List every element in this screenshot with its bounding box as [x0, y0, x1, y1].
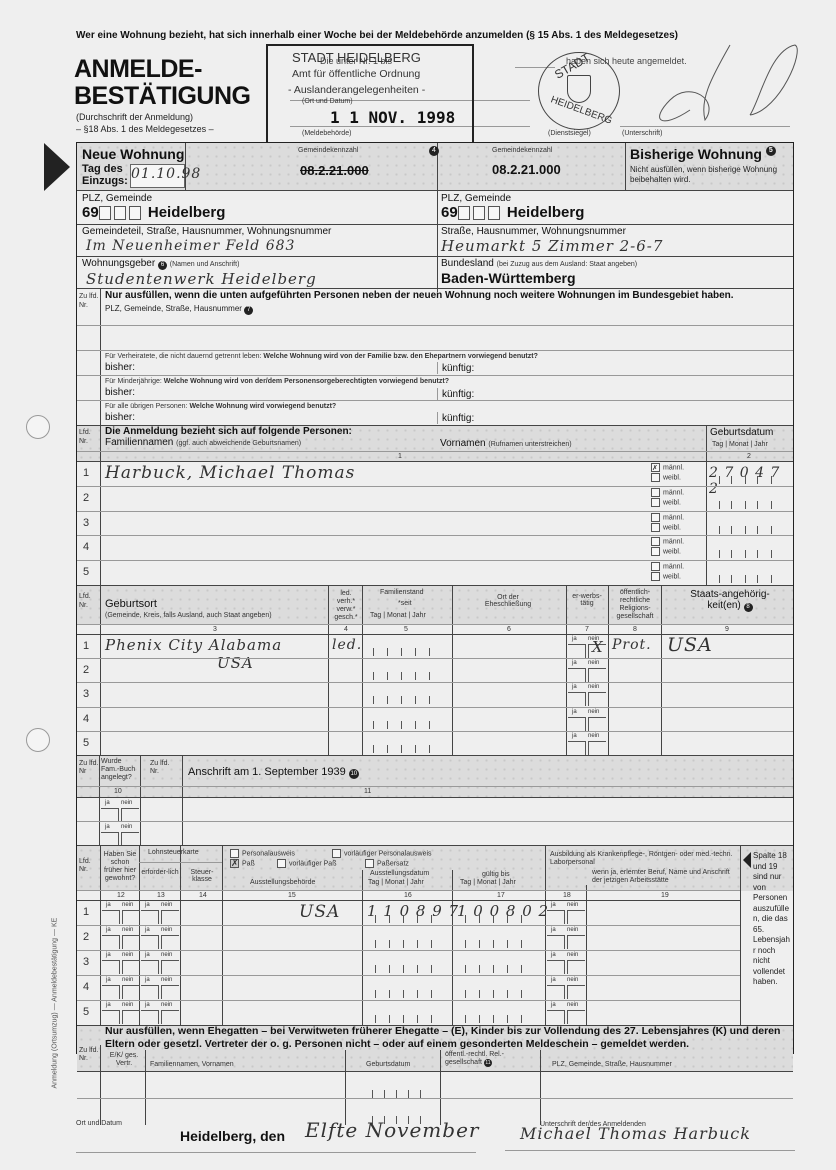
- q3: Für alle übrigen Personen: Welche Wohnun…: [105, 403, 336, 410]
- place-prefix: Heidelberg, den: [180, 1128, 285, 1144]
- spouse-col-ek: E/K/ ges. Vertr.: [104, 1052, 144, 1068]
- male-checkbox[interactable]: männl.: [651, 488, 684, 497]
- birthplace-header: Geburtsort: [105, 598, 157, 610]
- doc-col-nr: Lfd. Nr.: [79, 858, 99, 874]
- q1-kuenftig[interactable]: künftig:: [442, 363, 474, 374]
- col-num: 19: [661, 892, 669, 899]
- document-row: 1 janein janein USA 1 1 0 8 9 7 1 0 0 8 …: [77, 900, 740, 925]
- row-number: 1: [83, 640, 89, 652]
- spouse-col-names: Familiennamen, Vornamen: [150, 1061, 234, 1068]
- label-meldebehoerde: (Meldebehörde): [302, 130, 351, 137]
- row-number: 2: [83, 664, 89, 676]
- spouse-col-nr: Zu lfd. Nr.: [79, 1047, 99, 1063]
- lived-before-yes-no[interactable]: janein: [102, 1002, 140, 1024]
- row-number: 1: [83, 906, 89, 918]
- col-num: 8: [633, 626, 637, 633]
- doc-type-personalausweis[interactable]: Personalausweis: [230, 849, 295, 858]
- marital-status[interactable]: led.: [332, 637, 362, 653]
- bp-col-nr: Lfd. Nr.: [79, 592, 99, 610]
- row-number: 2: [83, 931, 89, 943]
- famb-yes-no-2[interactable]: janein: [101, 824, 139, 846]
- spouse-col-religion: öffentl.-rechtl. Rel.-gesellschaft 11: [445, 1051, 535, 1067]
- religion-header: öffentlich-rechtliche Religions-gesellsc…: [610, 589, 660, 621]
- gkz-new-label: Gemeindekennzahl: [298, 147, 358, 154]
- row-number: 5: [83, 1006, 89, 1018]
- person-row: 5 männl. weibl.: [77, 560, 793, 585]
- move-in-label-1: Tag des: [82, 163, 123, 175]
- doc-type-pass[interactable]: ✗Paß: [230, 859, 255, 868]
- marriage-place-header: Ort der Eheschließung: [478, 594, 538, 608]
- label-dienstsiegel: (Dienstsiegel): [548, 130, 591, 137]
- col-num: 2: [747, 453, 751, 460]
- taxcard-required-yes-no[interactable]: janein: [141, 977, 179, 999]
- spouse-birth-ticks: [362, 1088, 442, 1098]
- plz-new-field[interactable]: 69 Heidelberg: [82, 204, 225, 221]
- training-detail-header: wenn ja, erlernter Beruf, Name und Ansch…: [592, 869, 737, 885]
- female-checkbox[interactable]: weibl.: [651, 498, 681, 507]
- gkz-marker: 4: [429, 146, 439, 156]
- male-checkbox[interactable]: männl.: [651, 562, 684, 571]
- row-number: 5: [83, 737, 89, 749]
- q1: Für Verheiratete, die nicht dauernd getr…: [105, 353, 538, 360]
- person-row: 3 männl. weibl.: [77, 511, 793, 536]
- row-number: 4: [83, 541, 89, 553]
- col-num: 18: [563, 892, 571, 899]
- row-number: 1: [83, 467, 89, 479]
- doc-type-passersatz[interactable]: Paßersatz: [365, 859, 409, 868]
- side-note: Spalte 18 und 19 sind nur von Personen a…: [753, 851, 791, 988]
- place-date-label: Ort und Datum: [76, 1120, 122, 1127]
- tax-card-header: Lohnsteuerkarte: [148, 849, 199, 856]
- employed-mark: X: [592, 638, 604, 656]
- taxcard-required-yes-no[interactable]: janein: [141, 1002, 179, 1024]
- col-num: 16: [404, 892, 412, 899]
- form-subtitle2: – §18 Abs. 1 des Meldegesetzes –: [76, 124, 214, 134]
- landlord-value[interactable]: Studentenwerk Heidelberg: [86, 270, 317, 288]
- other-sub-label: PLZ, Gemeinde, Straße, Hausnummer 7: [105, 304, 253, 315]
- notice-text: Wer eine Wohnung bezieht, hat sich inner…: [76, 30, 678, 41]
- doc-type-vorl-personalausweis[interactable]: vorläufiger Personalausweis: [332, 849, 432, 858]
- doc-type-vorl-pass[interactable]: vorläufiger Paß: [277, 859, 336, 868]
- arrow-marker-icon: [44, 143, 70, 191]
- plz-new-label: PLZ, Gemeinde: [82, 193, 152, 204]
- gkz-prev-value: 08.2.21.000: [492, 162, 561, 177]
- issue-date-sub: Tag | Monat | Jahr: [368, 879, 424, 886]
- taxcard-required-yes-no[interactable]: janein: [141, 927, 179, 949]
- valid-until-header: gültig bis: [482, 871, 510, 878]
- gkz-prev-label: Gemeindekennzahl: [492, 147, 552, 154]
- taxcard-required-yes-no[interactable]: janein: [141, 952, 179, 974]
- stamp-date: 1 1 NOV. 1998: [330, 108, 455, 127]
- crest-icon: [567, 75, 591, 103]
- employed-yes-no[interactable]: janein: [568, 660, 606, 682]
- prev-residence-title: Bisherige Wohnung 5: [630, 146, 776, 162]
- person-row: 2 männl. weibl.: [77, 486, 793, 511]
- person-row: 1 Harbuck, Michael Thomas ✗männl. weibl.…: [77, 461, 793, 486]
- col-num: 6: [507, 626, 511, 633]
- training-yes-no[interactable]: janein: [547, 927, 585, 949]
- row-number: 3: [83, 956, 89, 968]
- first-name-header: Vornamen (Rufnamen unterstreichen): [440, 438, 572, 449]
- state-value[interactable]: Baden-Württemberg: [441, 270, 576, 286]
- female-checkbox[interactable]: weibl.: [651, 572, 681, 581]
- since-header: *seit: [398, 600, 412, 607]
- birthplace-row: 5 janein: [77, 731, 793, 755]
- valid-until-sub: Tag | Monat | Jahr: [460, 879, 516, 886]
- row-number: 3: [83, 688, 89, 700]
- row-number: 4: [83, 713, 89, 725]
- since-sub-header: Tag | Monat | Jahr: [370, 612, 426, 619]
- col-num: 4: [344, 626, 348, 633]
- gkz-new-value: 08.2.21.000: [300, 163, 369, 178]
- move-in-field[interactable]: 01.10.98: [130, 164, 185, 188]
- row-number: 4: [83, 981, 89, 993]
- street-new-label: Gemeindeteil, Straße, Hausnummer, Wohnun…: [82, 226, 331, 237]
- issuer-header: Ausstellungsbehörde: [250, 879, 315, 886]
- label-ort-datum: (Ort und Datum): [302, 98, 353, 105]
- female-checkbox[interactable]: weibl.: [651, 547, 681, 556]
- person-row: 4 männl. weibl.: [77, 535, 793, 560]
- stamp-line2: Amt für öffentliche Ordnung: [292, 68, 420, 80]
- spouse-col-address: PLZ, Gemeinde, Straße, Hausnummer: [552, 1061, 672, 1068]
- tax-class-header: Steuer-klasse: [183, 869, 221, 883]
- q3-bisher[interactable]: bisher:: [105, 412, 135, 423]
- lived-before-yes-no[interactable]: janein: [102, 952, 140, 974]
- col-num: 1: [398, 453, 402, 460]
- male-checkbox[interactable]: männl.: [651, 537, 684, 546]
- lived-before-yes-no[interactable]: janein: [102, 902, 140, 924]
- required-header: erforder-lich: [141, 869, 179, 876]
- landlord-marker: 6: [158, 261, 167, 270]
- col-num: 7: [585, 626, 589, 633]
- document-row: 4 janein janein janein: [77, 975, 740, 1000]
- birth-sub-header: Tag | Monat | Jahr: [712, 441, 768, 448]
- col-num: 10: [114, 788, 122, 795]
- new-residence-title: Neue Wohnung: [82, 146, 184, 162]
- document-row: 5 janein janein janein: [77, 1000, 740, 1025]
- female-checkbox[interactable]: weibl.: [651, 523, 681, 532]
- q3-kuenftig[interactable]: künftig:: [442, 413, 474, 424]
- famb-yes-no-1[interactable]: janein: [101, 800, 139, 822]
- landlord-label: Wohnungsgeber 6 (Namen und Anschrift): [82, 258, 239, 270]
- spouse-col-birth: Geburtsdatum: [366, 1061, 410, 1068]
- form-subtitle1: (Durchschrift der Anmeldung): [76, 112, 193, 122]
- col-num: 3: [213, 626, 217, 633]
- col-num: 12: [117, 892, 125, 899]
- col-num: 9: [725, 626, 729, 633]
- date-handwritten[interactable]: Elfte November: [305, 1118, 479, 1142]
- issue-date-header: Ausstellungsdatum: [370, 870, 429, 877]
- training-yes-no[interactable]: janein: [547, 952, 585, 974]
- plz-prev-field[interactable]: 69 Heidelberg: [441, 204, 584, 221]
- citizenship-value[interactable]: USA: [667, 634, 713, 656]
- employed-yes-no[interactable]: janein: [568, 733, 606, 755]
- form-title-line2: BESTÄTIGUNG: [74, 82, 250, 111]
- punch-hole: [26, 728, 50, 752]
- family-name-header: Familiennamen (ggf. auch abweichende Geb…: [105, 437, 301, 448]
- prev-marker: 5: [766, 146, 776, 156]
- col-num: 13: [157, 892, 165, 899]
- q1-bisher[interactable]: bisher:: [105, 362, 135, 373]
- birthplace-row: 1 Phenix City Alabama USA led. janein X …: [77, 634, 793, 658]
- training-yes-no[interactable]: janein: [547, 902, 585, 924]
- document-row: 2 janein janein janein: [77, 925, 740, 950]
- training-yes-no[interactable]: janein: [547, 1002, 585, 1024]
- birthplace-row: 3 janein: [77, 682, 793, 706]
- famb-header: Wurde Fam.-Buch angelegt?: [101, 758, 139, 782]
- row-number: 2: [83, 492, 89, 504]
- training-header: Ausbildung als Krankenpflege-, Röntgen- …: [550, 851, 735, 867]
- religion-value[interactable]: Prot.: [612, 637, 652, 653]
- issuer-value[interactable]: USA: [299, 902, 340, 922]
- col-num: 11: [364, 788, 371, 795]
- q2: Für Minderjährige: Welche Wohnung wird v…: [105, 378, 449, 385]
- side-note-arrow-icon: [743, 852, 751, 868]
- document-row: 3 janein janein janein: [77, 950, 740, 975]
- street-prev-value[interactable]: Heumarkt 5 Zimmer 2-6-7: [441, 237, 663, 255]
- col-num: 14: [199, 892, 207, 899]
- birthplace-row: 4 janein: [77, 707, 793, 731]
- employed-header: er-werbs-tätig: [568, 593, 606, 607]
- citizenship-header: Staats-angehörig-keit(en) 8: [680, 589, 780, 612]
- training-yes-no[interactable]: janein: [547, 977, 585, 999]
- row-number: 5: [83, 566, 89, 578]
- col-num: 17: [497, 892, 505, 899]
- family-status-header: Familienstand: [380, 589, 424, 596]
- a39-title: Anschrift am 1. September 1939 10: [188, 766, 359, 779]
- lived-before-yes-no[interactable]: janein: [102, 927, 140, 949]
- person-name[interactable]: Harbuck, Michael Thomas: [105, 463, 355, 483]
- male-checkbox[interactable]: männl.: [651, 513, 684, 522]
- move-in-label-2: Einzugs:: [82, 175, 128, 187]
- employed-yes-no[interactable]: janein: [568, 709, 606, 731]
- official-seal: STADT HEIDELBERG: [538, 52, 620, 130]
- prev-residence-hint: Nicht ausfüllen, wenn bisherige Wohnung …: [630, 165, 780, 185]
- spouses-title: Nur ausfüllen, wenn Ehegatten – bei Verw…: [105, 1025, 790, 1051]
- q2-kuenftig[interactable]: künftig:: [442, 389, 474, 400]
- official-signature: [630, 40, 810, 130]
- a39-col-nr2: Zu lfd. Nr.: [150, 760, 170, 776]
- applicant-signature[interactable]: Michael Thomas Harbuck: [520, 1124, 751, 1143]
- other-title: Nur ausfüllen, wenn die unten aufgeführt…: [105, 290, 734, 301]
- row-number: 3: [83, 517, 89, 529]
- taxcard-required-yes-no[interactable]: janein: [141, 902, 179, 924]
- persons-title: Die Anmeldung bezieht sich auf folgende …: [105, 426, 352, 437]
- other-col-nr: Zu lfd. Nr.: [79, 292, 99, 310]
- employed-yes-no[interactable]: janein: [568, 684, 606, 706]
- stamp-line1: STADT HEIDELBERG: [292, 50, 421, 65]
- status-header: led. verh.* verw.* gesch.*: [331, 590, 361, 622]
- male-checkbox[interactable]: ✗männl.: [651, 463, 684, 472]
- street-new-value[interactable]: Im Neuenheimer Feld 683: [86, 238, 295, 254]
- persons-col-nr: Lfd. Nr.: [79, 428, 99, 446]
- female-checkbox[interactable]: weibl.: [651, 473, 681, 482]
- col-num: 5: [404, 626, 408, 633]
- lived-before-yes-no[interactable]: janein: [102, 977, 140, 999]
- state-label: Bundesland (bei Zuzug aus dem Ausland: S…: [441, 258, 637, 269]
- form-title-line1: ANMELDE-: [74, 55, 202, 84]
- move-in-value: 01.10.98: [131, 166, 201, 182]
- street-prev-label: Straße, Hausnummer, Wohnungsnummer: [441, 226, 626, 237]
- birthplace-value[interactable]: Phenix City Alabama: [105, 636, 282, 654]
- a39-col-nr: Zu lfd. Nr: [79, 760, 99, 776]
- punch-hole: [26, 415, 50, 439]
- col-num: 15: [288, 892, 296, 899]
- plz-prev-label: PLZ, Gemeinde: [441, 193, 511, 204]
- birthplace-row: 2 janein: [77, 658, 793, 682]
- q2-bisher[interactable]: bisher:: [105, 387, 135, 398]
- city-new: Heidelberg: [148, 204, 226, 221]
- city-prev: Heidelberg: [507, 204, 585, 221]
- lived-before-header: Haben Sie schon früher hier gewohnt?: [101, 851, 139, 883]
- birthplace-hint: (Gemeinde, Kreis, falls Ausland, auch St…: [105, 612, 272, 619]
- birth-header: Geburtsdatum: [710, 427, 773, 438]
- label-unterschrift: (Unterschrift): [622, 130, 662, 137]
- side-form-text: Anmeldung (Ortsumzug) — Anmeldebestätigu…: [52, 879, 59, 1089]
- stamp-line3: - Auslanderangelegenheiten -: [288, 84, 425, 96]
